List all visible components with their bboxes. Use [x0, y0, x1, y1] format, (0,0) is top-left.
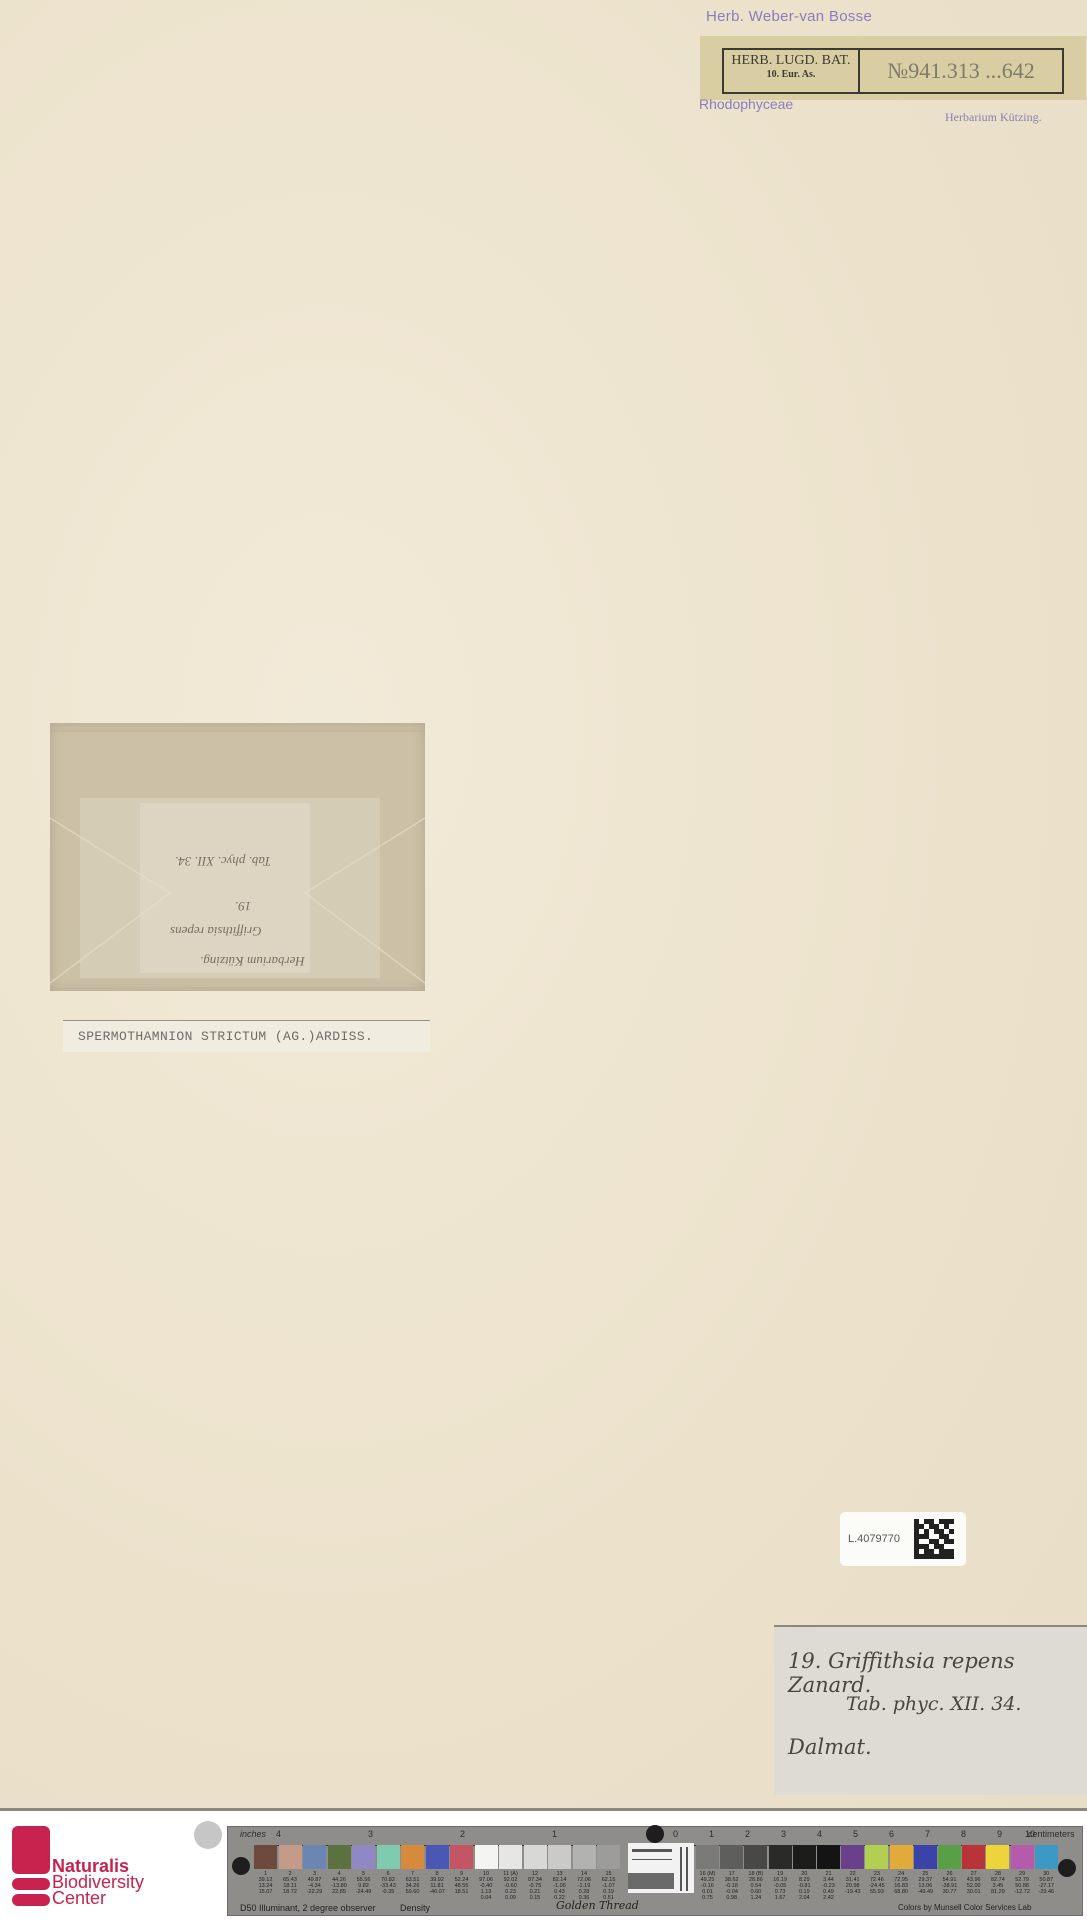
patch-values: 1916.19-0.050.731.67: [769, 1871, 792, 1901]
herbarium-stamp: Herbarium Kützing.: [945, 110, 1042, 125]
series-code: 10. Eur. As.: [724, 69, 858, 80]
patch-values: 444.26-13.8022.85: [328, 1871, 351, 1895]
color-patch: [475, 1845, 498, 1869]
specimen-envelope[interactable]: Herbarium Kützing. Tab. phyc. XII. 34. 1…: [50, 723, 425, 991]
barcode-id: L.4079770: [848, 1533, 908, 1545]
patch-values: 213.44-0.230.492.42: [817, 1871, 840, 1901]
color-patch: [303, 1845, 326, 1869]
logo-bar-icon: [12, 1894, 50, 1906]
color-patch: [597, 1845, 620, 1869]
color-patch: [328, 1845, 351, 1869]
species-label: SPERMOTHAMNION STRICTUM (AG.)ARDISS.: [63, 1020, 430, 1052]
patch-values: 208.29-0.810.192.04: [793, 1871, 816, 1901]
handwritten-line-2: Tab. phyc. XII. 34.: [846, 1693, 1021, 1715]
color-patch: [1011, 1845, 1034, 1869]
patch-values: 1472.06-1.190.280.36: [573, 1871, 596, 1901]
patch-values: 2529.3713.06-49.49: [914, 1871, 937, 1895]
envelope-printed-text: Herbarium Kützing.: [200, 953, 305, 969]
patch-values: 11 (A)92.02-0.600.230.09: [499, 1871, 522, 1901]
color-patch: [890, 1845, 913, 1869]
envelope-handwriting-3: Griffithsia repens: [170, 923, 262, 939]
patch-values: 2372.46-24.4555.93: [865, 1871, 888, 1895]
patch-values: 2654.91-38.9130.77: [938, 1871, 961, 1895]
institution-name: HERB. LUGD. BAT.: [724, 53, 858, 69]
registration-hole-icon: [1058, 1859, 1076, 1877]
cm-ruler: 0 1 2 3 4 5 6 7 8 9 10: [673, 1829, 1033, 1846]
color-patch: [1035, 1845, 1058, 1869]
color-patch: [841, 1845, 864, 1869]
registration-hole-icon: [232, 1857, 250, 1875]
resolution-target: [628, 1843, 694, 1893]
herbarium-sheet: Herb. Weber-van Bosse HERB. LUGD. BAT. 1…: [0, 0, 1087, 1811]
patch-values: 839.9211.81-46.07: [426, 1871, 449, 1895]
barcode-label: L.4079770: [840, 1512, 966, 1566]
registration-hole-icon: [646, 1825, 664, 1843]
herbarium-label: HERB. LUGD. BAT. 10. Eur. As. №941.313 .…: [700, 36, 1086, 100]
envelope-handwriting-2: 19.: [235, 898, 251, 914]
color-patch: [938, 1845, 961, 1869]
color-patch: [696, 1845, 719, 1869]
color-patch: [401, 1845, 424, 1869]
density-label: Density: [400, 1903, 430, 1913]
color-patch: [914, 1845, 937, 1869]
patch-values: 2231.4120.98-19.43: [841, 1871, 864, 1895]
naturalis-logo: Naturalis Biodiversity Center: [12, 1826, 152, 1910]
handwritten-label: 19. Griffithsia repens Zanard. Tab. phyc…: [774, 1625, 1087, 1795]
handwritten-line-3: Dalmat.: [788, 1735, 872, 1759]
patch-values: 139.1213.2415.07: [254, 1871, 277, 1895]
color-patch: [450, 1845, 473, 1869]
credit-label: Colors by Munsell Color Services Lab: [898, 1903, 1031, 1912]
patch-values: 1097.06-0.401.130.04: [475, 1871, 498, 1901]
logo-line-3: Center: [52, 1890, 144, 1906]
inch-ruler: 4 3 2 1: [276, 1829, 606, 1846]
cm-label: centimeters: [1028, 1829, 1075, 1845]
color-patch: [499, 1845, 522, 1869]
patch-values: 18 (B)28.860.540.601.24: [744, 1871, 767, 1901]
color-patch: [865, 1845, 888, 1869]
color-patch: [377, 1845, 400, 1869]
handwritten-line-1: 19. Griffithsia repens Zanard.: [788, 1649, 1087, 1697]
patch-values: 2882.743.4581.29: [986, 1871, 1009, 1895]
color-patch: [744, 1845, 767, 1869]
datamatrix-code-icon: [914, 1519, 954, 1559]
patch-values: 1287.34-0.750.210.15: [524, 1871, 547, 1901]
color-patch: [769, 1845, 792, 1869]
color-patch: [720, 1845, 743, 1869]
color-patch: [817, 1845, 840, 1869]
patch-values: 2472.9516.8368.80: [890, 1871, 913, 1895]
color-patch: [524, 1845, 547, 1869]
color-patch: [986, 1845, 1009, 1869]
collection-stamp: Herb. Weber-van Bosse: [706, 8, 872, 25]
patch-values: 265.4318.1118.72: [279, 1871, 302, 1895]
patch-values: 555.569.82-24.49: [352, 1871, 375, 1895]
patch-values: 952.2448.5518.51: [450, 1871, 473, 1895]
inches-label: inches: [240, 1829, 266, 1845]
envelope-handwriting-1: Tab. phyc. XII. 34.: [175, 853, 271, 869]
color-patch: [426, 1845, 449, 1869]
patch-values: 1738.62-0.18-0.040.98: [720, 1871, 743, 1901]
color-calibration-card: inches 4 3 2 1 0 1 2 3 4 5 6 7 8 9 10 ce…: [227, 1826, 1083, 1916]
group-stamp: Rhodophyceae: [699, 96, 793, 112]
color-patch: [279, 1845, 302, 1869]
specimen-number: №941.313 ...642: [860, 50, 1062, 92]
patch-values: 2952.7950.88-12.72: [1011, 1871, 1034, 1895]
patch-values: 670.82-33.43-0.35: [377, 1871, 400, 1895]
color-patch: [793, 1845, 816, 1869]
patch-values: 2743.9652.0030.01: [962, 1871, 985, 1895]
logo-n-icon: [12, 1826, 50, 1874]
grey-dot-icon: [194, 1821, 222, 1849]
color-patch: [962, 1845, 985, 1869]
illuminant-label: D50 Illuminant, 2 degree observer: [240, 1903, 376, 1913]
patch-values: 763.5134.2659.60: [401, 1871, 424, 1895]
color-patch: [254, 1845, 277, 1869]
patch-values: 1562.15-1.070.190.51: [597, 1871, 620, 1901]
color-patch: [573, 1845, 596, 1869]
patch-values: 16 (M)49.25-0.160.010.75: [696, 1871, 719, 1901]
patch-values: 349.87-4.34-22.29: [303, 1871, 326, 1895]
logo-bar-icon: [12, 1878, 50, 1890]
brand-label: Golden Thread: [556, 1899, 639, 1912]
patch-values: 3050.87-27.17-29.46: [1035, 1871, 1058, 1895]
color-patch: [352, 1845, 375, 1869]
color-patch: [548, 1845, 571, 1869]
patch-values: 1382.14-1.060.430.22: [548, 1871, 571, 1901]
